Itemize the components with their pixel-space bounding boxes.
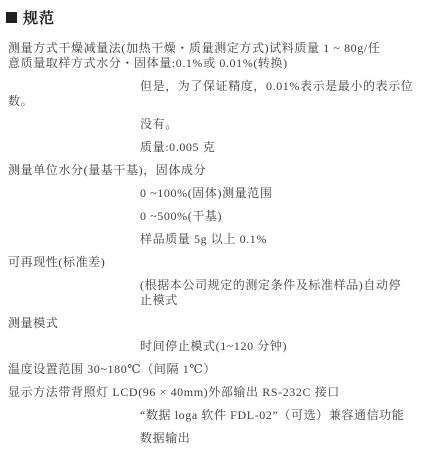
text-line: 显示方法带背照灯 LCD(96 × 40mm)外部输出 RS-232C 接口 bbox=[6, 385, 441, 400]
spec-document: 规范 测量方式干燥减量法(加热干燥・质量测定方式)试料质量 1 ~ 80g/任意… bbox=[0, 0, 447, 446]
text-line: 意质量取样方式水分・固体量:0.1%或 0.01%(转换) bbox=[6, 56, 441, 71]
section-marker-icon bbox=[6, 12, 17, 23]
spec-text-block: 测量方式干燥减量法(加热干燥・质量测定方式)试料质量 1 ~ 80g/任意质量取… bbox=[6, 41, 441, 446]
text-line: 数。 bbox=[6, 94, 441, 109]
text-line: 0 ~100%(固体)测量范围 bbox=[6, 186, 441, 201]
text-line: 可再现性(标准差) bbox=[6, 255, 441, 270]
text-line: 测量单位水分(量基干基)，固体成分 bbox=[6, 163, 441, 178]
text-line: 0 ~500%(干基) bbox=[6, 209, 441, 224]
text-line: 时间停止模式(1~120 分钟) bbox=[6, 339, 441, 354]
text-line: 质量:0.005 克 bbox=[6, 140, 441, 155]
section-title-label: 规范 bbox=[23, 7, 55, 28]
text-line: 数据输出 bbox=[6, 431, 441, 446]
text-line: 但是，为了保证精度，0.01%表示是最小的表示位 bbox=[6, 79, 441, 94]
text-line: 温度设置范围 30~180℃（间隔 1℃） bbox=[6, 362, 441, 377]
text-line: 样品质量 5g 以上 0.1% bbox=[6, 232, 441, 247]
text-line: 测量模式 bbox=[6, 316, 441, 331]
text-line: 测量方式干燥减量法(加热干燥・质量测定方式)试料质量 1 ~ 80g/任 bbox=[6, 41, 441, 56]
text-line: 没有。 bbox=[6, 117, 441, 132]
text-line: “数据 loga 软件 FDL-02”（可选）兼容通信功能 bbox=[6, 408, 441, 423]
text-line: (根据本公司规定的测定条件及标准样品)自动停 bbox=[6, 278, 441, 293]
text-line: 止模式 bbox=[6, 293, 441, 308]
section-title: 规范 bbox=[6, 7, 441, 28]
